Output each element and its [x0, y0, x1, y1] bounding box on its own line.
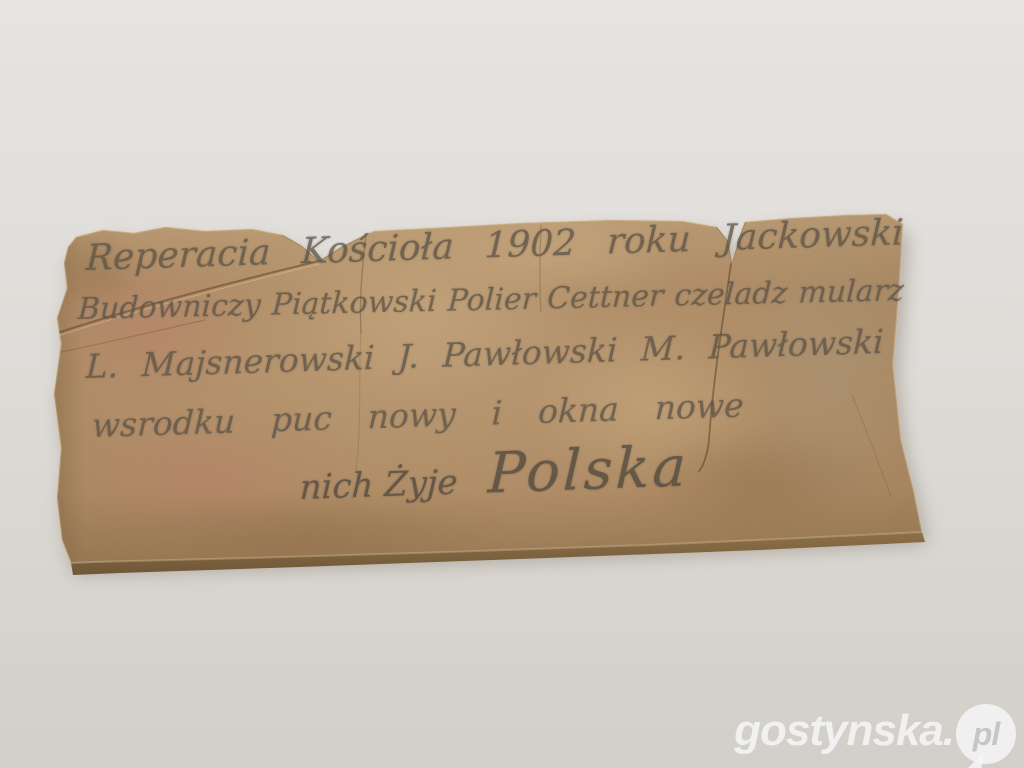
photo-svg [0, 0, 1024, 768]
watermark-site-text: gostynska. [734, 706, 954, 762]
watermark: gostynska. pl [734, 704, 1016, 764]
photo-stage: Reperacia Kościoła 1902 roku Jackowski B… [0, 0, 1024, 768]
cardboard-note [35, 198, 945, 577]
watermark-speech-bubble-icon: pl [956, 704, 1016, 764]
